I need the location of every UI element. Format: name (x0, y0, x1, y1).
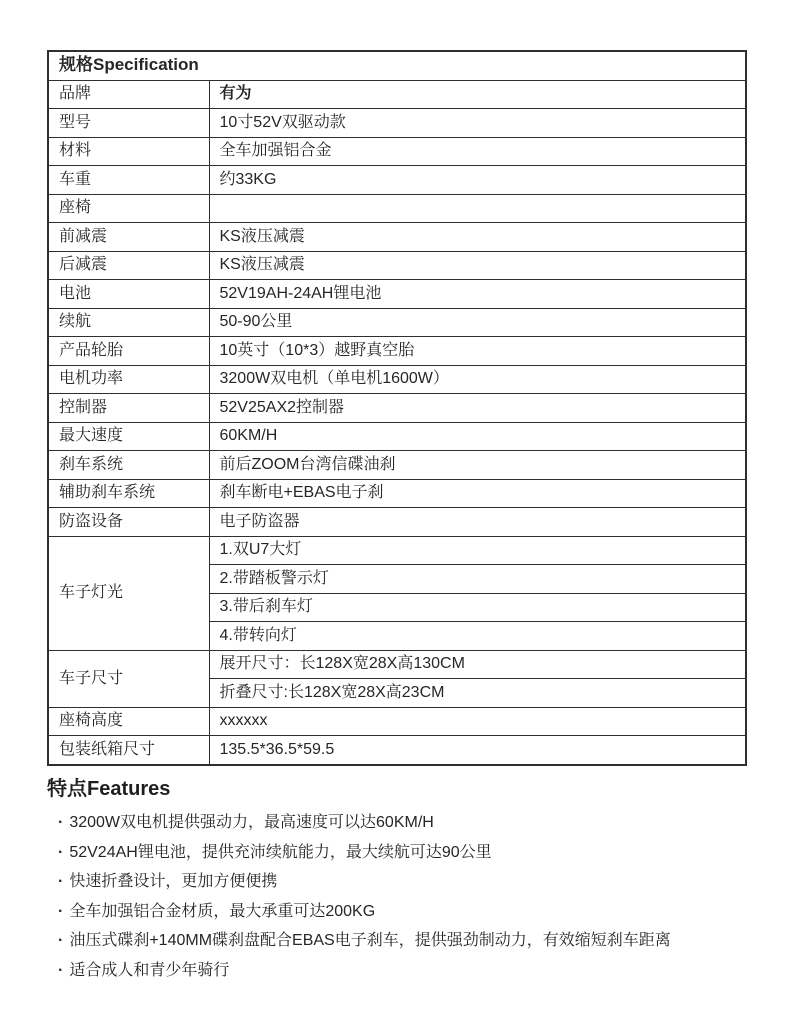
spec-table-header-row: 规格Specification (48, 51, 746, 80)
spec-label: 刹车系统 (48, 451, 209, 480)
spec-row-rear-suspension: 后减震 KS液压减震 (48, 251, 746, 280)
spec-label: 电机功率 (48, 365, 209, 394)
spec-label: 座椅高度 (48, 707, 209, 736)
spec-label: 控制器 (48, 394, 209, 423)
spec-value: xxxxxx (209, 707, 746, 736)
spec-label: 包装纸箱尺寸 (48, 736, 209, 765)
spec-value: 前后ZOOM台湾信碟油刹 (209, 451, 746, 480)
spec-table-title: 规格Specification (48, 51, 746, 80)
spec-value: 有为 (209, 80, 746, 109)
spec-value: 2.带踏板警示灯 (209, 565, 746, 594)
bullet-icon: · (58, 843, 63, 863)
spec-value: 60KM/H (209, 422, 746, 451)
feature-item: ·快速折叠设计，更加方便便携 (58, 872, 757, 892)
feature-item: ·油压式碟刹+140MM碟刹盘配合EBAS电子刹车，提供强劲制动力，有效缩短刹车… (58, 931, 757, 951)
spec-value: 3200W双电机（单电机1600W） (209, 365, 746, 394)
features-section: 特点Features ·3200W双电机提供强动力，最高速度可以达60KM/H … (47, 772, 757, 990)
spec-label: 材料 (48, 137, 209, 166)
feature-item: ·3200W双电机提供强动力，最高速度可以达60KM/H (58, 813, 757, 833)
spec-value: 52V25AX2控制器 (209, 394, 746, 423)
spec-label: 品牌 (48, 80, 209, 109)
spec-row-front-suspension: 前减震 KS液压减震 (48, 223, 746, 252)
spec-label: 产品轮胎 (48, 337, 209, 366)
bullet-icon: · (58, 813, 63, 833)
spec-row-controller: 控制器 52V25AX2控制器 (48, 394, 746, 423)
spec-row-carton-size: 包装纸箱尺寸 135.5*36.5*59.5 (48, 736, 746, 765)
spec-value (209, 194, 746, 223)
spec-value: 4.带转向灯 (209, 622, 746, 651)
spec-row-lights: 车子灯光 1.双U7大灯 (48, 536, 746, 565)
spec-value: KS液压减震 (209, 223, 746, 252)
spec-row-aux-brake-system: 辅助刹车系统 刹车断电+EBAS电子刹 (48, 479, 746, 508)
spec-label: 型号 (48, 109, 209, 138)
spec-label: 续航 (48, 308, 209, 337)
spec-value: 刹车断电+EBAS电子刹 (209, 479, 746, 508)
feature-item: ·全车加强铝合金材质，最大承重可达200KG (58, 902, 757, 922)
spec-value: 10寸52V双驱动款 (209, 109, 746, 138)
spec-label: 防盗设备 (48, 508, 209, 537)
spec-table: 规格Specification 品牌 有为 型号 10寸52V双驱动款 材料 全… (47, 50, 747, 766)
feature-item: ·适合成人和青少年骑行 (58, 961, 757, 981)
spec-row-range: 续航 50-90公里 (48, 308, 746, 337)
bullet-icon: · (58, 902, 63, 922)
spec-label: 车重 (48, 166, 209, 195)
spec-value: KS液压减震 (209, 251, 746, 280)
features-list: ·3200W双电机提供强动力，最高速度可以达60KM/H ·52V24AH锂电池… (47, 813, 757, 981)
spec-value: 135.5*36.5*59.5 (209, 736, 746, 765)
spec-row-brake-system: 刹车系统 前后ZOOM台湾信碟油刹 (48, 451, 746, 480)
feature-text: 快速折叠设计，更加方便便携 (69, 873, 277, 890)
bullet-icon: · (58, 931, 63, 951)
spec-row-anti-theft: 防盗设备 电子防盗器 (48, 508, 746, 537)
feature-text: 3200W双电机提供强动力，最高速度可以达60KM/H (69, 814, 434, 831)
spec-label: 辅助刹车系统 (48, 479, 209, 508)
spec-row-motor-power: 电机功率 3200W双电机（单电机1600W） (48, 365, 746, 394)
spec-label: 后减震 (48, 251, 209, 280)
spec-label: 前减震 (48, 223, 209, 252)
spec-row-brand: 品牌 有为 (48, 80, 746, 109)
spec-value: 50-90公里 (209, 308, 746, 337)
spec-row-model: 型号 10寸52V双驱动款 (48, 109, 746, 138)
feature-text: 适合成人和青少年骑行 (69, 962, 229, 979)
feature-text: 52V24AH锂电池，提供充沛续航能力，最大续航可达90公里 (69, 844, 491, 861)
spec-sheet-page: 规格Specification 品牌 有为 型号 10寸52V双驱动款 材料 全… (0, 0, 790, 1021)
spec-value: 展开尺寸：长128X宽28X高130CM (209, 650, 746, 679)
spec-value: 全车加强铝合金 (209, 137, 746, 166)
spec-row-seat: 座椅 (48, 194, 746, 223)
spec-value: 1.双U7大灯 (209, 536, 746, 565)
spec-label: 车子尺寸 (48, 650, 209, 707)
feature-item: ·52V24AH锂电池，提供充沛续航能力，最大续航可达90公里 (58, 843, 757, 863)
spec-value: 10英寸（10*3）越野真空胎 (209, 337, 746, 366)
spec-row-battery: 电池 52V19AH-24AH锂电池 (48, 280, 746, 309)
bullet-icon: · (58, 872, 63, 892)
spec-value: 52V19AH-24AH锂电池 (209, 280, 746, 309)
spec-row-max-speed: 最大速度 60KM/H (48, 422, 746, 451)
spec-value: 电子防盗器 (209, 508, 746, 537)
spec-label: 车子灯光 (48, 536, 209, 650)
spec-label: 最大速度 (48, 422, 209, 451)
feature-text: 全车加强铝合金材质，最大承重可达200KG (69, 903, 375, 920)
spec-label: 电池 (48, 280, 209, 309)
spec-label: 座椅 (48, 194, 209, 223)
spec-value: 约33KG (209, 166, 746, 195)
features-heading: 特点Features (47, 772, 757, 801)
spec-value: 3.带后刹车灯 (209, 593, 746, 622)
spec-row-material: 材料 全车加强铝合金 (48, 137, 746, 166)
spec-row-weight: 车重 约33KG (48, 166, 746, 195)
spec-row-tires: 产品轮胎 10英寸（10*3）越野真空胎 (48, 337, 746, 366)
spec-row-dimensions: 车子尺寸 展开尺寸：长128X宽28X高130CM (48, 650, 746, 679)
feature-text: 油压式碟刹+140MM碟刹盘配合EBAS电子刹车，提供强劲制动力，有效缩短刹车距… (69, 932, 670, 949)
bullet-icon: · (58, 961, 63, 981)
spec-row-seat-height: 座椅高度 xxxxxx (48, 707, 746, 736)
spec-value: 折叠尺寸:长128X宽28X高23CM (209, 679, 746, 708)
